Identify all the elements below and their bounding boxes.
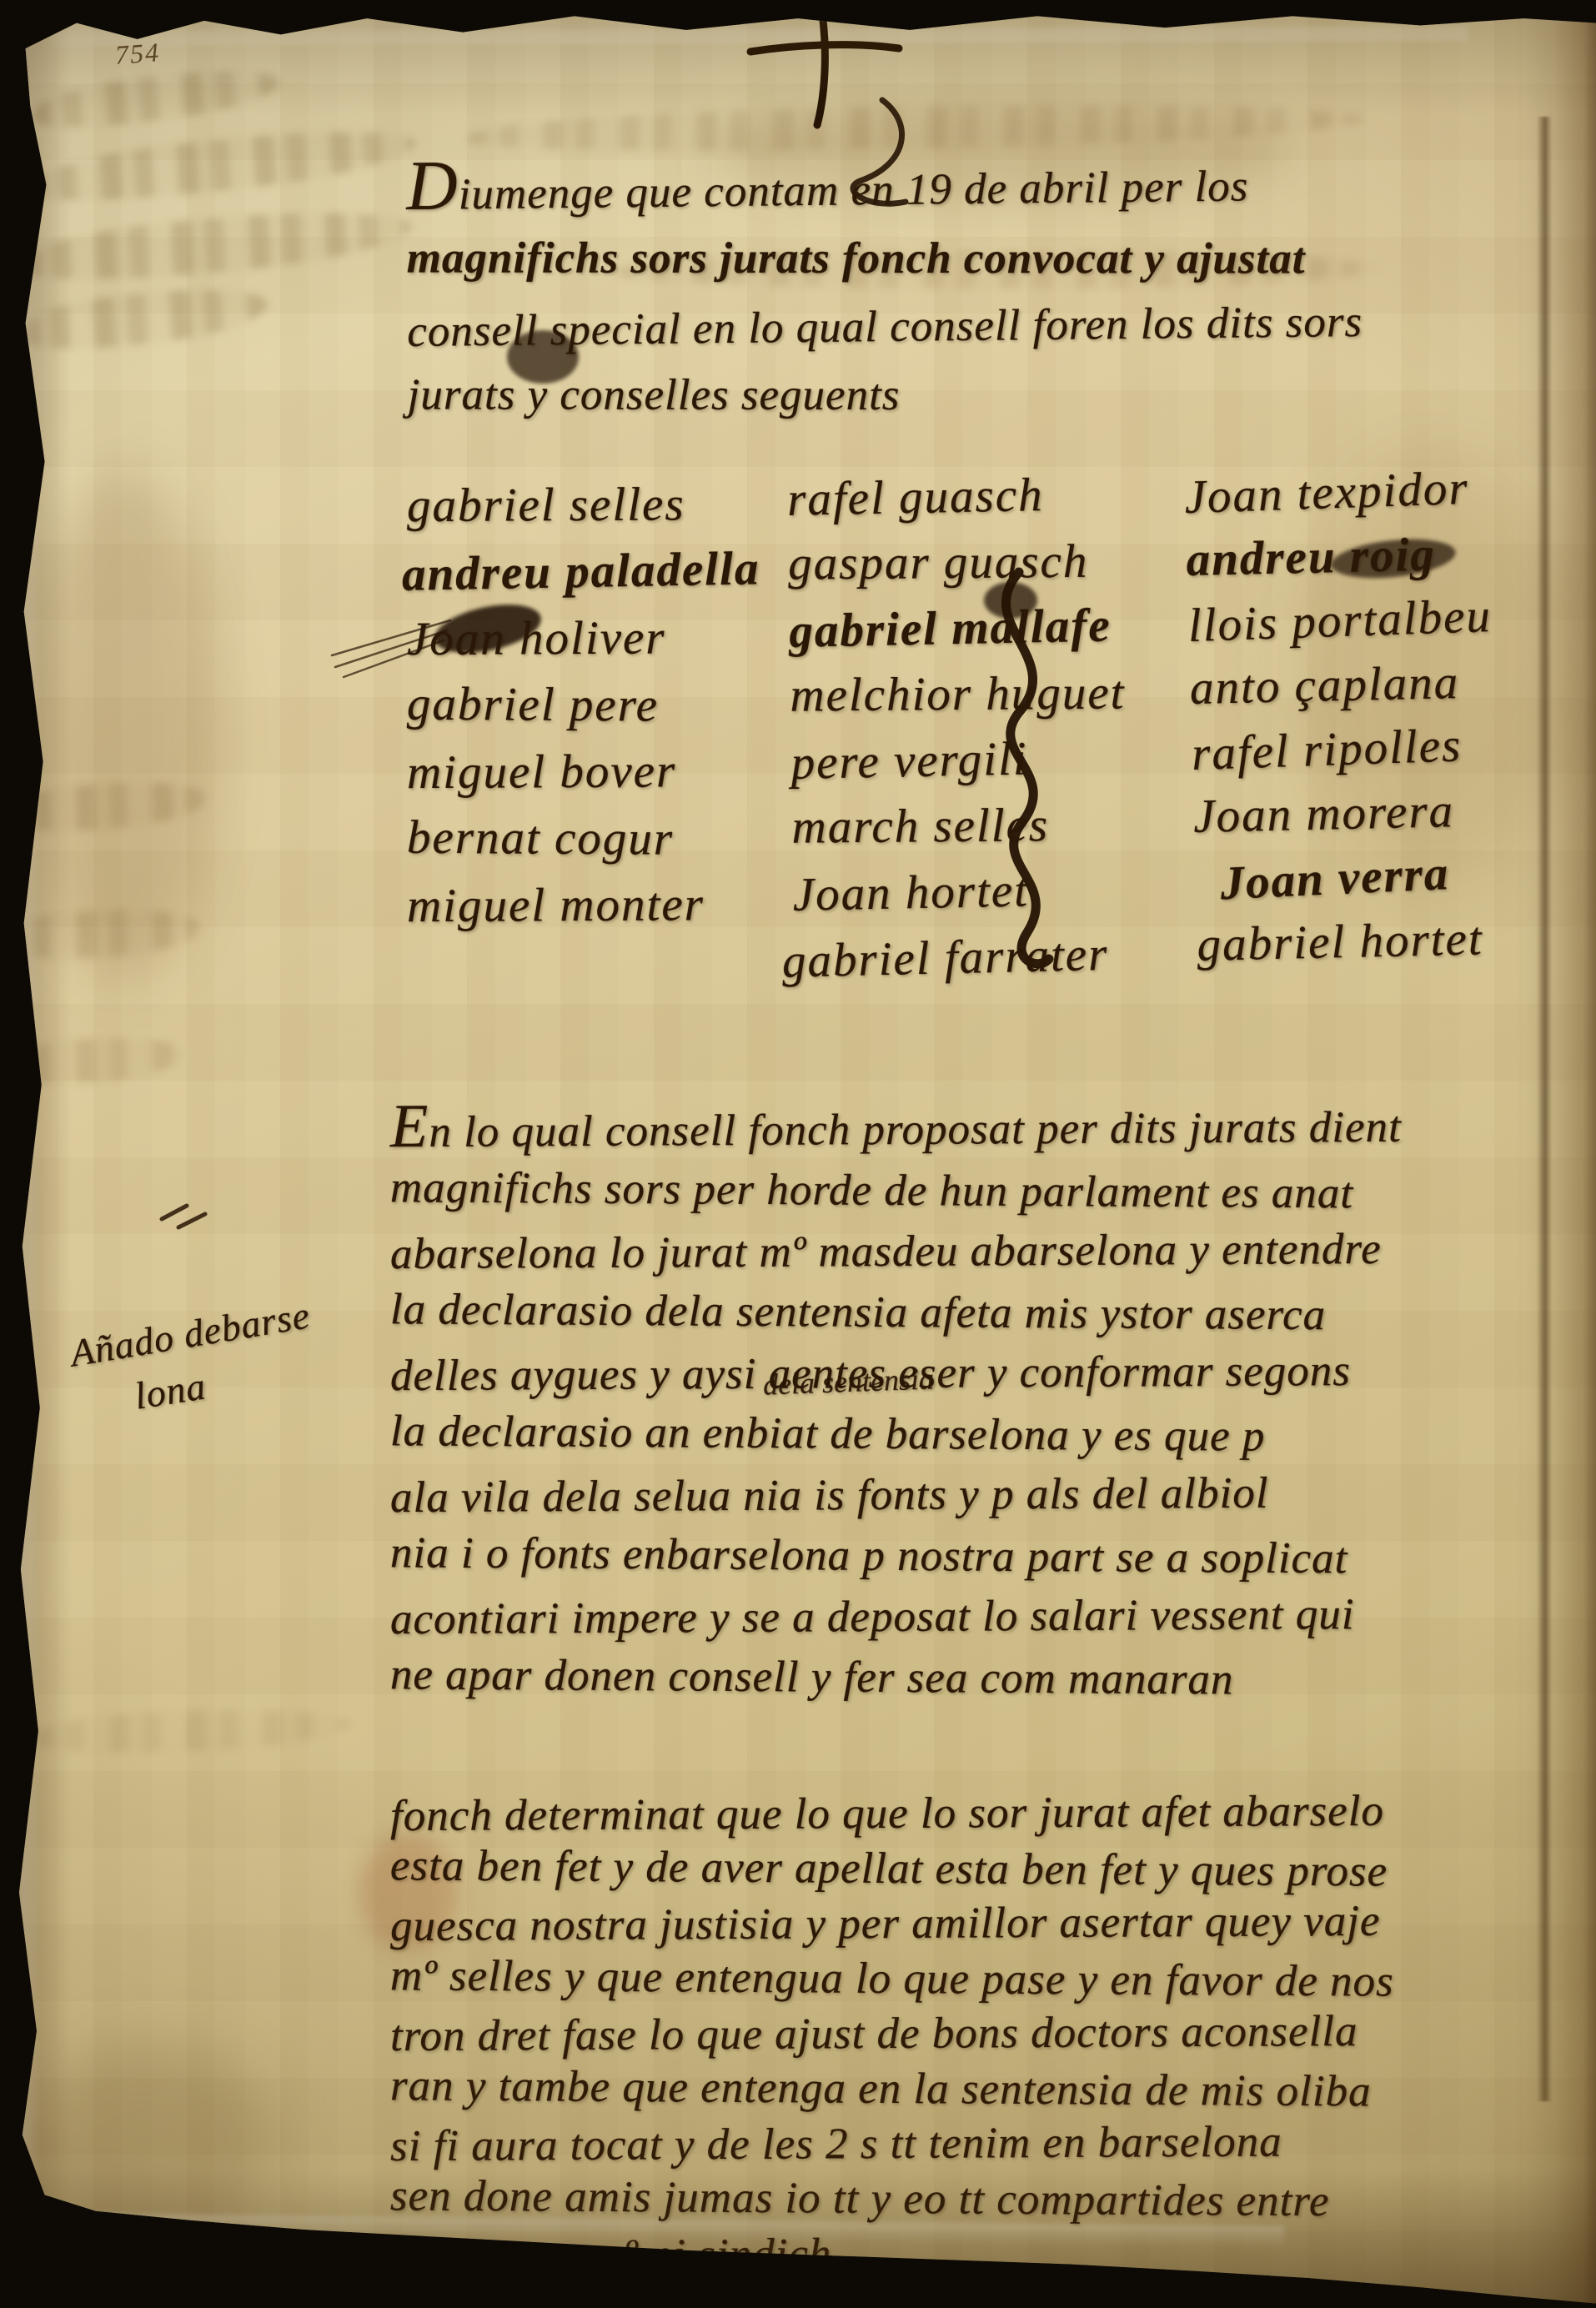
edge-vignette — [0, 0, 1596, 2308]
manuscript-scan: 754 Diumenge que contam en 19 de abril p… — [0, 0, 1596, 2308]
manuscript-page: 754 Diumenge que contam en 19 de abril p… — [0, 0, 1596, 2308]
